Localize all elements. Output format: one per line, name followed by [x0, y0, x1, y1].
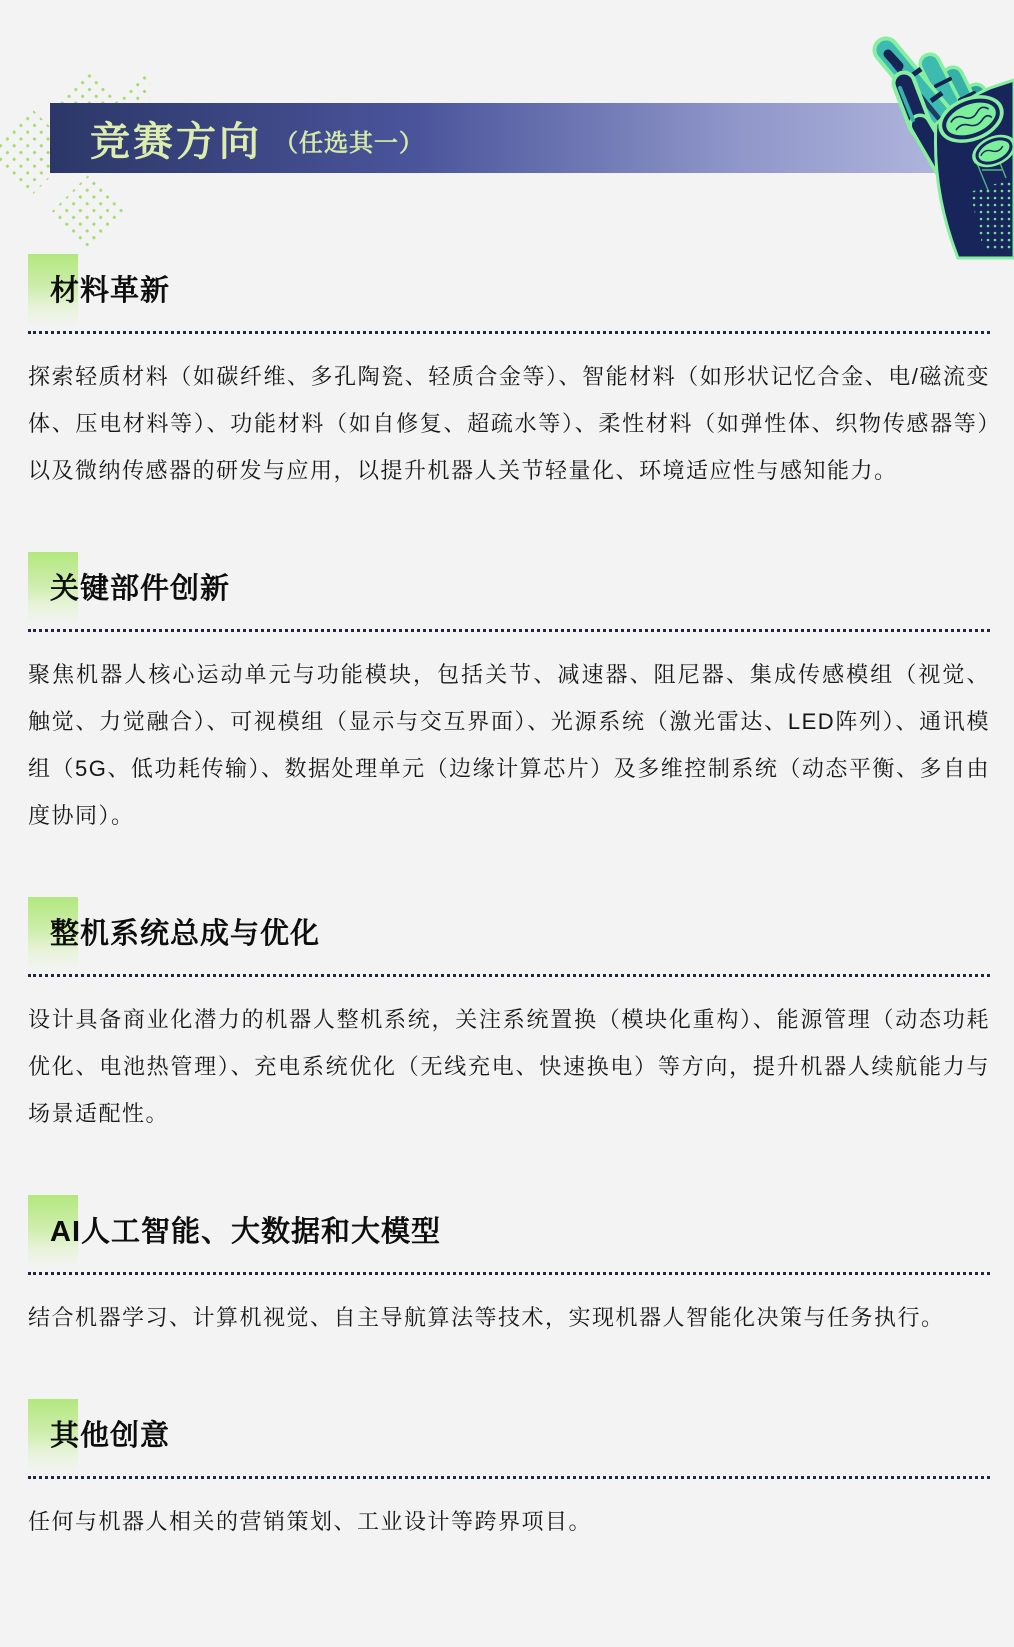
section-header: 其他创意 [28, 1399, 990, 1470]
sections-list: 材料革新 探索轻质材料（如碳纤维、多孔陶瓷、轻质合金等）、智能材料（如形状记忆合… [28, 254, 990, 1603]
section-title: 材料革新 [50, 268, 170, 309]
section-header: AI人工智能、大数据和大模型 [28, 1195, 990, 1266]
section-divider [28, 974, 990, 977]
section-ai-bigdata-models: AI人工智能、大数据和大模型 结合机器学习、计算机视觉、自主导航算法等技术，实现… [28, 1195, 990, 1341]
section-body: 结合机器学习、计算机视觉、自主导航算法等技术，实现机器人智能化决策与任务执行。 [28, 1294, 990, 1341]
poster-page: 竞赛方向 （任选其一） [0, 0, 1014, 1647]
section-other-ideas: 其他创意 任何与机器人相关的营销策划、工业设计等跨界项目。 [28, 1399, 990, 1545]
section-divider [28, 1272, 990, 1275]
section-title: 整机系统总成与优化 [50, 911, 320, 952]
section-material-innovation: 材料革新 探索轻质材料（如碳纤维、多孔陶瓷、轻质合金等）、智能材料（如形状记忆合… [28, 254, 990, 494]
section-key-components: 关键部件创新 聚焦机器人核心运动单元与功能模块，包括关节、减速器、阻尼器、集成传… [28, 552, 990, 839]
section-header: 材料革新 [28, 254, 990, 325]
page-title: 竞赛方向 [90, 110, 262, 167]
section-divider [28, 331, 990, 334]
section-divider [28, 1476, 990, 1479]
section-header: 整机系统总成与优化 [28, 897, 990, 968]
robot-hand-icon [824, 20, 1014, 260]
section-divider [28, 629, 990, 632]
section-system-integration: 整机系统总成与优化 设计具备商业化潜力的机器人整机系统，关注系统置换（模块化重构… [28, 897, 990, 1137]
section-header: 关键部件创新 [28, 552, 990, 623]
section-body: 任何与机器人相关的营销策划、工业设计等跨界项目。 [28, 1498, 990, 1545]
section-title: AI人工智能、大数据和大模型 [50, 1209, 441, 1250]
section-body: 设计具备商业化潜力的机器人整机系统，关注系统置换（模块化重构）、能源管理（动态功… [28, 996, 990, 1137]
section-body: 探索轻质材料（如碳纤维、多孔陶瓷、轻质合金等）、智能材料（如形状记忆合金、电/磁… [28, 353, 990, 494]
page-subtitle: （任选其一） [274, 118, 424, 158]
section-body: 聚焦机器人核心运动单元与功能模块，包括关节、减速器、阻尼器、集成传感模组（视觉、… [28, 651, 990, 839]
section-title: 其他创意 [50, 1413, 170, 1454]
section-title: 关键部件创新 [50, 566, 230, 607]
